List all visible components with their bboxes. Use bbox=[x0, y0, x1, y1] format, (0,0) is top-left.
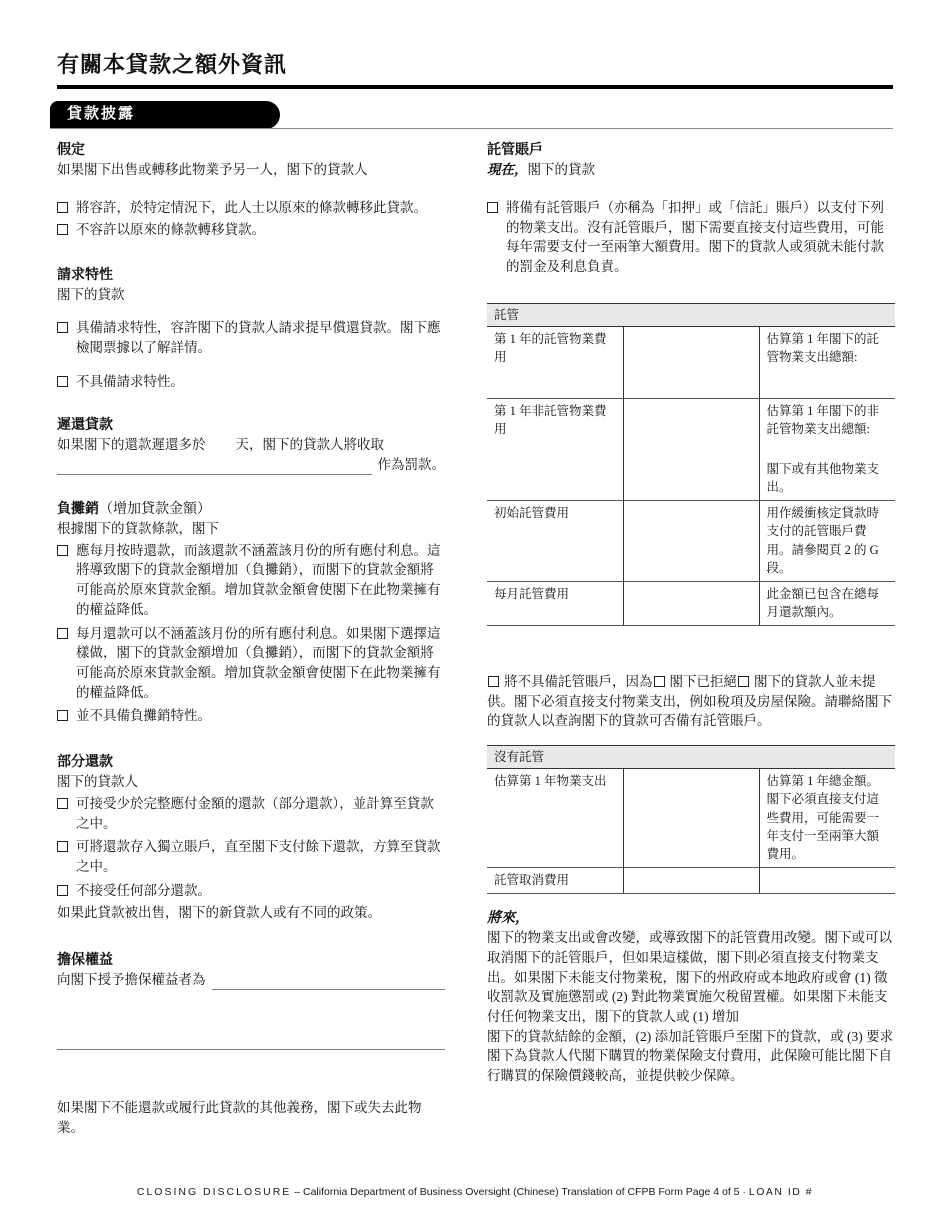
row-description bbox=[759, 867, 895, 893]
row-amount-cell[interactable] bbox=[623, 867, 759, 893]
no-escrow-table-header: 沒有託管 bbox=[487, 746, 895, 769]
negative-amortization-heading: 負攤銷（增加貸款金額） bbox=[57, 501, 445, 519]
future-heading: 將來， bbox=[487, 910, 895, 928]
negam-option-none[interactable]: 並不具備負攤銷特性。 bbox=[57, 706, 445, 726]
option-label: 不具備請求特性。 bbox=[76, 372, 184, 392]
checkbox-icon[interactable] bbox=[487, 202, 498, 213]
no-escrow-table: 沒有託管 估算第 1 年物業支出 估算第 1 年總金額。閣下必須直接支付這些費用… bbox=[487, 745, 895, 894]
partial-payments-heading: 部分還款 bbox=[57, 754, 445, 772]
security-interest-heading: 擔保權益 bbox=[57, 952, 445, 970]
footer-translation-note: – California Department of Business Over… bbox=[294, 1186, 749, 1198]
row-description: 用作緩衝核定貸款時支付的託管賬戶費用。請參閱頁 2 的 G 段。 bbox=[759, 501, 895, 582]
row-description-line2: 閣下或有其他物業支出。 bbox=[767, 460, 889, 496]
row-description: 估算第 1 年總金額。閣下必須直接支付這些費用，可能需要一年支付一至兩筆大額費用… bbox=[759, 769, 895, 868]
checkbox-icon[interactable] bbox=[57, 376, 68, 387]
checkbox-icon[interactable] bbox=[57, 322, 68, 333]
option-label: 應每月按時還款，而該還款不涵蓋該月份的所有應付利息。這將導致閣下的貸款金額增加（… bbox=[76, 541, 445, 620]
checkbox-icon[interactable] bbox=[57, 545, 68, 556]
no-escrow-option[interactable]: 將不具備託管賬戶，因為閣下已拒絕閣下的貸款人並未提供。閣下必須直接支付物業支出，… bbox=[487, 672, 895, 731]
option-label: 不容許以原來的條款轉移貸款。 bbox=[76, 220, 265, 240]
assumption-option-allow[interactable]: 將容許，於特定情況下，此人士以原來的條款轉移此貸款。 bbox=[57, 198, 445, 218]
escrow-account-heading: 託管賬戶 bbox=[487, 142, 895, 160]
title-rule bbox=[57, 85, 893, 89]
page-title: 有關本貸款之額外資訊 bbox=[57, 48, 287, 79]
row-amount-cell[interactable] bbox=[623, 769, 759, 868]
row-description: 此金額已包含在總每月還款額內。 bbox=[759, 581, 895, 625]
escrow-now-intro: 閣下的貸款 bbox=[528, 162, 596, 177]
option-segment: 將不具備託管賬戶，因為 bbox=[504, 674, 653, 689]
footer-closing-disclosure: CLOSING DISCLOSURE bbox=[137, 1186, 291, 1198]
checkbox-icon[interactable] bbox=[57, 710, 68, 721]
escrow-option-has[interactable]: 將備有託管賬戶（亦稱為「扣押」或「信託」賬戶）以支付下列的物業支出。沒有託管賬戶… bbox=[487, 198, 895, 277]
checkbox-icon[interactable] bbox=[57, 885, 68, 896]
no-escrow-table-header-row: 沒有託管 bbox=[487, 746, 895, 769]
option-label: 並不具備負攤銷特性。 bbox=[76, 706, 211, 726]
row-amount-cell[interactable] bbox=[623, 398, 759, 501]
option-segment: 閣下已拒絕 bbox=[670, 674, 738, 689]
late-payment-line2: 作為罰款。 bbox=[57, 455, 445, 475]
negam-option-scheduled[interactable]: 應每月按時還款，而該還款不涵蓋該月份的所有應付利息。這將導致閣下的貸款金額增加（… bbox=[57, 541, 445, 620]
future-paragraph: 閣下的物業支出或會改變，或導致閣下的託管費用改變。閣下或可以取消閣下的託管賬戶，… bbox=[487, 928, 895, 1086]
assumption-intro: 如果閣下出售或轉移此物業予另一人，閣下的貸款人 bbox=[57, 160, 445, 180]
checkbox-icon[interactable] bbox=[654, 676, 665, 687]
row-label: 託管取消費用 bbox=[487, 867, 623, 893]
option-label: 將備有託管賬戶（亦稱為「扣押」或「信託」賬戶）以支付下列的物業支出。沒有託管賬戶… bbox=[506, 198, 895, 277]
security-interest-grantor-field[interactable] bbox=[212, 973, 446, 990]
footer-loan-id: LOAN ID # bbox=[749, 1186, 813, 1198]
negam-option-may[interactable]: 每月還款可以不涵蓋該月份的所有應付利息。如果閣下選擇這樣做，閣下的貸款金額增加（… bbox=[57, 624, 445, 703]
checkbox-icon[interactable] bbox=[57, 841, 68, 852]
row-description-line1: 估算第 1 年閣下的非託管物業支出總額: bbox=[767, 402, 889, 438]
partial-option-none[interactable]: 不接受任何部分還款。 bbox=[57, 881, 445, 901]
heading-paren: （增加貸款金額） bbox=[99, 502, 211, 517]
late-payment-heading: 遲還貸款 bbox=[57, 417, 445, 435]
negative-amortization-intro: 根據閣下的貸款條款，閣下 bbox=[57, 519, 445, 539]
checkbox-icon[interactable] bbox=[57, 202, 68, 213]
partial-payments-note: 如果此貸款被出售，閣下的新貸款人或有不同的政策。 bbox=[57, 903, 445, 923]
table-row: 第 1 年的託管物業費用 估算第 1 年閣下的託管物業支出總額: bbox=[487, 326, 895, 398]
row-amount-cell[interactable] bbox=[623, 326, 759, 398]
option-label: 可將還款存入獨立賬戶，直至閣下支付餘下還款，方算至貸款之中。 bbox=[76, 837, 445, 876]
late-fee-suffix: 作為罰款。 bbox=[378, 455, 446, 475]
partial-option-hold[interactable]: 可將還款存入獨立賬戶，直至閣下支付餘下還款，方算至貸款之中。 bbox=[57, 837, 445, 876]
row-amount-cell[interactable] bbox=[623, 501, 759, 582]
row-description: 估算第 1 年閣下的非託管物業支出總額: 閣下或有其他物業支出。 bbox=[759, 398, 895, 501]
security-interest-grantor-field-line2[interactable] bbox=[57, 1032, 445, 1050]
checkbox-icon[interactable] bbox=[57, 224, 68, 235]
table-row: 初始託管費用 用作緩衝核定貸款時支付的託管賬戶費用。請參閱頁 2 的 G 段。 bbox=[487, 501, 895, 582]
demand-option-has-not[interactable]: 不具備請求特性。 bbox=[57, 372, 445, 392]
heading-text: 負攤銷 bbox=[57, 502, 99, 517]
table-row: 估算第 1 年物業支出 估算第 1 年總金額。閣下必須直接支付這些費用，可能需要… bbox=[487, 769, 895, 868]
demand-feature-heading: 請求特性 bbox=[57, 267, 445, 285]
escrow-now-label: 現在， bbox=[487, 162, 528, 177]
escrow-table: 託管 第 1 年的託管物業費用 估算第 1 年閣下的託管物業支出總額: 第 1 … bbox=[487, 303, 895, 626]
escrow-table-header: 託管 bbox=[487, 303, 895, 326]
option-label: 不接受任何部分還款。 bbox=[76, 881, 211, 901]
late-fee-amount-field[interactable] bbox=[57, 458, 372, 475]
option-label: 每月還款可以不涵蓋該月份的所有應付利息。如果閣下選擇這樣做，閣下的貸款金額增加（… bbox=[76, 624, 445, 703]
late-payment-text-post: 天，閣下的貸款人將收取 bbox=[236, 437, 385, 452]
checkbox-icon[interactable] bbox=[488, 676, 499, 687]
row-label: 每月託管費用 bbox=[487, 581, 623, 625]
security-interest-line: 向閣下授予擔保權益者為 bbox=[57, 970, 445, 990]
partial-option-accept[interactable]: 可接受少於完整應付金額的還款（部分還款），並計算至貸款之中。 bbox=[57, 794, 445, 833]
row-label: 初始託管費用 bbox=[487, 501, 623, 582]
right-column: 託管賬戶 現在，閣下的貸款 將備有託管賬戶（亦稱為「扣押」或「信託」賬戶）以支付… bbox=[487, 140, 895, 1086]
option-label: 將容許，於特定情況下，此人士以原來的條款轉移此貸款。 bbox=[76, 198, 427, 218]
escrow-now-line: 現在，閣下的貸款 bbox=[487, 160, 895, 180]
checkbox-icon[interactable] bbox=[738, 676, 749, 687]
demand-feature-intro: 閣下的貸款 bbox=[57, 285, 445, 305]
left-column: 假定 如果閣下出售或轉移此物業予另一人，閣下的貸款人 將容許，於特定情況下，此人… bbox=[57, 140, 445, 1138]
row-description: 估算第 1 年閣下的託管物業支出總額: bbox=[759, 326, 895, 398]
demand-option-has[interactable]: 具備請求特性，容許閣下的貸款人請求提早償還貸款。閣下應檢閱票據以了解詳情。 bbox=[57, 318, 445, 357]
row-label: 第 1 年的託管物業費用 bbox=[487, 326, 623, 398]
partial-payments-intro: 閣下的貸款人 bbox=[57, 772, 445, 792]
row-amount-cell[interactable] bbox=[623, 581, 759, 625]
security-interest-warning: 如果閣下不能還款或履行此貸款的其他義務，閣下或失去此物業。 bbox=[57, 1098, 445, 1137]
page-footer: CLOSING DISCLOSURE – California Departme… bbox=[0, 1186, 950, 1198]
section-tab-loan-disclosures: 貸款披露 bbox=[50, 101, 280, 129]
tab-divider-rule bbox=[50, 128, 893, 130]
table-row: 每月託管費用 此金額已包含在總每月還款額內。 bbox=[487, 581, 895, 625]
option-label: 具備請求特性，容許閣下的貸款人請求提早償還貸款。閣下應檢閱票據以了解詳情。 bbox=[76, 318, 445, 357]
table-row: 第 1 年非託管物業費用 估算第 1 年閣下的非託管物業支出總額: 閣下或有其他… bbox=[487, 398, 895, 501]
option-label: 可接受少於完整應付金額的還款（部分還款），並計算至貸款之中。 bbox=[76, 794, 445, 833]
escrow-table-header-row: 託管 bbox=[487, 303, 895, 326]
late-payment-text-pre: 如果閣下的還款遲還多於 bbox=[57, 437, 206, 452]
assumption-heading: 假定 bbox=[57, 142, 445, 160]
checkbox-icon[interactable] bbox=[57, 628, 68, 639]
checkbox-icon[interactable] bbox=[57, 798, 68, 809]
assumption-option-not-allow[interactable]: 不容許以原來的條款轉移貸款。 bbox=[57, 220, 445, 240]
late-payment-line1: 如果閣下的還款遲還多於天，閣下的貸款人將收取 bbox=[57, 435, 445, 455]
security-interest-label: 向閣下授予擔保權益者為 bbox=[57, 970, 206, 990]
row-label: 估算第 1 年物業支出 bbox=[487, 769, 623, 868]
row-label: 第 1 年非託管物業費用 bbox=[487, 398, 623, 501]
table-row: 託管取消費用 bbox=[487, 867, 895, 893]
